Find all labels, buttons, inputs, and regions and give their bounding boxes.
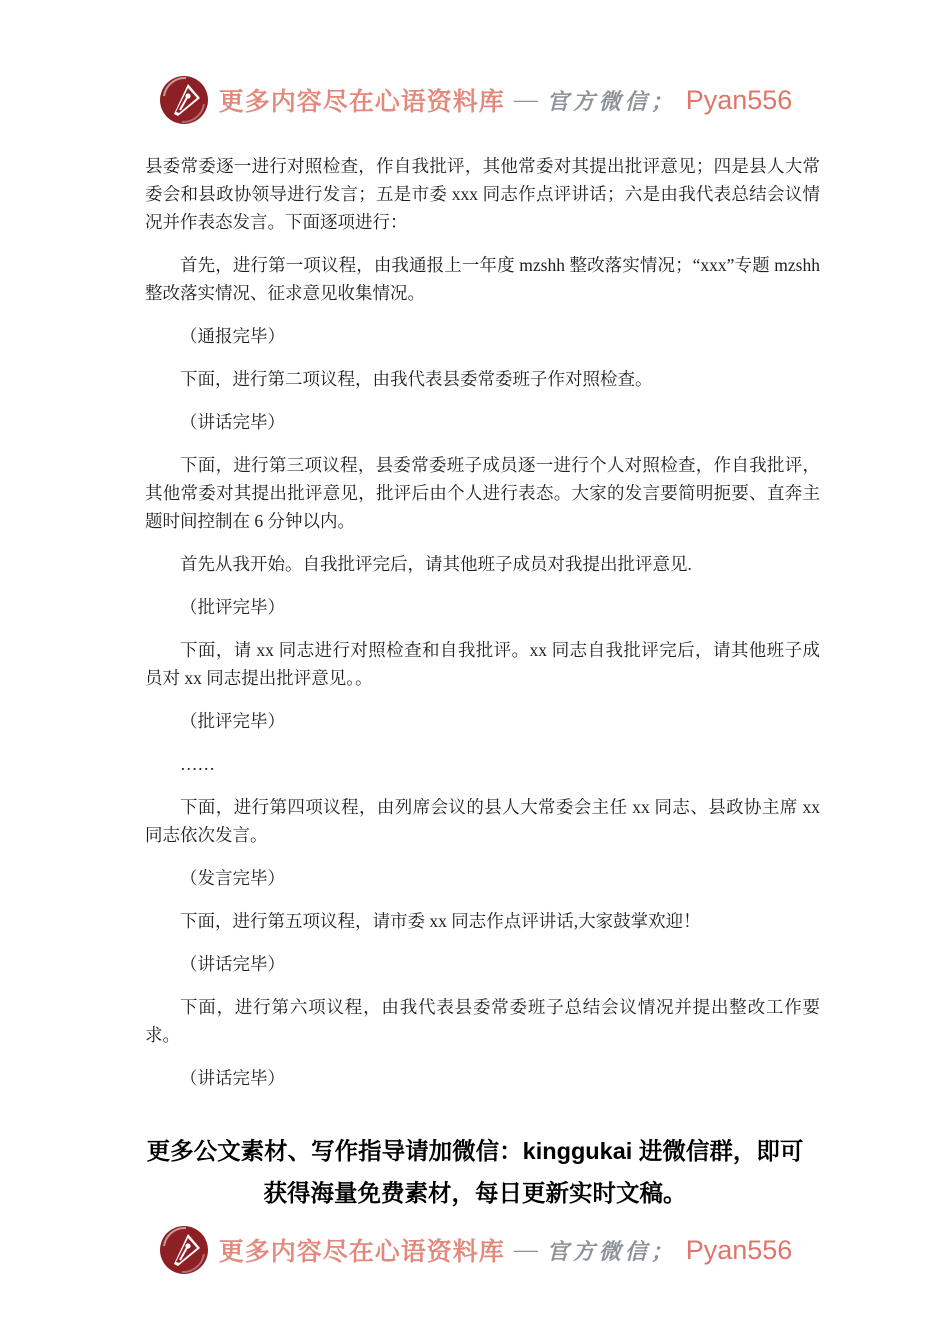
document-body: 县委常委逐一进行对照检查，作自我批评，其他常委对其提出批评意见；四是县人大常委会… — [145, 152, 820, 1092]
paragraph: 下面，进行第二项议程，由我代表县委常委班子作对照检查。 — [145, 365, 820, 393]
promo-line: 更多公文素材、写作指导请加微信：kinggukai 进微信群，即可 — [30, 1130, 920, 1172]
paragraph: （讲话完毕） — [145, 408, 820, 436]
page: { "page": { "background": "#ffffff", "te… — [0, 0, 950, 1344]
paragraph: （讲话完毕） — [145, 950, 820, 978]
wechat-id: Pyan556 — [686, 85, 793, 116]
brand-text: 更多内容尽在心语资料库 — [219, 1232, 505, 1268]
promo-line: 获得海量免费素材，每日更新实时文稿。 — [30, 1172, 920, 1214]
pen-circle-logo-icon — [158, 74, 210, 126]
separator-dash: — — [514, 1237, 538, 1264]
promo-text: 更多公文素材、写作指导请加微信：kinggukai 进微信群，即可 获得海量免费… — [30, 1130, 920, 1214]
paragraph: （通报完毕） — [145, 322, 820, 350]
paragraph: 下面，进行第三项议程，县委常委班子成员逐一进行个人对照检查，作自我批评，其他常委… — [145, 451, 820, 535]
footer-banner: 更多内容尽在心语资料库—官方微信；Pyan556 — [0, 1224, 950, 1276]
paragraph: （发言完毕） — [145, 864, 820, 892]
header-banner: 更多内容尽在心语资料库—官方微信；Pyan556 — [0, 74, 950, 126]
paragraph: （批评完毕） — [145, 593, 820, 621]
paragraph: 下面，请 xx 同志进行对照检查和自我批评。xx 同志自我批评完后，请其他班子成… — [145, 636, 820, 692]
paragraph: 下面，进行第五项议程，请市委 xx 同志作点评讲话,大家鼓掌欢迎！ — [145, 907, 820, 935]
paragraph: 县委常委逐一进行对照检查，作自我批评，其他常委对其提出批评意见；四是县人大常委会… — [145, 152, 820, 236]
brand-text: 更多内容尽在心语资料库 — [219, 82, 505, 118]
paragraph: （批评完毕） — [145, 707, 820, 735]
separator-dash: — — [514, 87, 538, 114]
paragraph: …… — [145, 750, 820, 778]
wechat-label: 官方微信； — [547, 85, 677, 116]
paragraph: 下面，进行第六项议程，由我代表县委常委班子总结会议情况并提出整改工作要求。 — [145, 993, 820, 1049]
wechat-label: 官方微信； — [547, 1235, 677, 1266]
paragraph: （讲话完毕） — [145, 1064, 820, 1092]
paragraph: 首先，进行第一项议程，由我通报上一年度 mzshh 整改落实情况；“xxx”专题… — [145, 251, 820, 307]
paragraph: 首先从我开始。自我批评完后，请其他班子成员对我提出批评意见. — [145, 550, 820, 578]
wechat-id: Pyan556 — [686, 1235, 793, 1266]
paragraph: 下面，进行第四项议程，由列席会议的县人大常委会主任 xx 同志、县政协主席 xx… — [145, 793, 820, 849]
pen-circle-logo-icon — [158, 1224, 210, 1276]
